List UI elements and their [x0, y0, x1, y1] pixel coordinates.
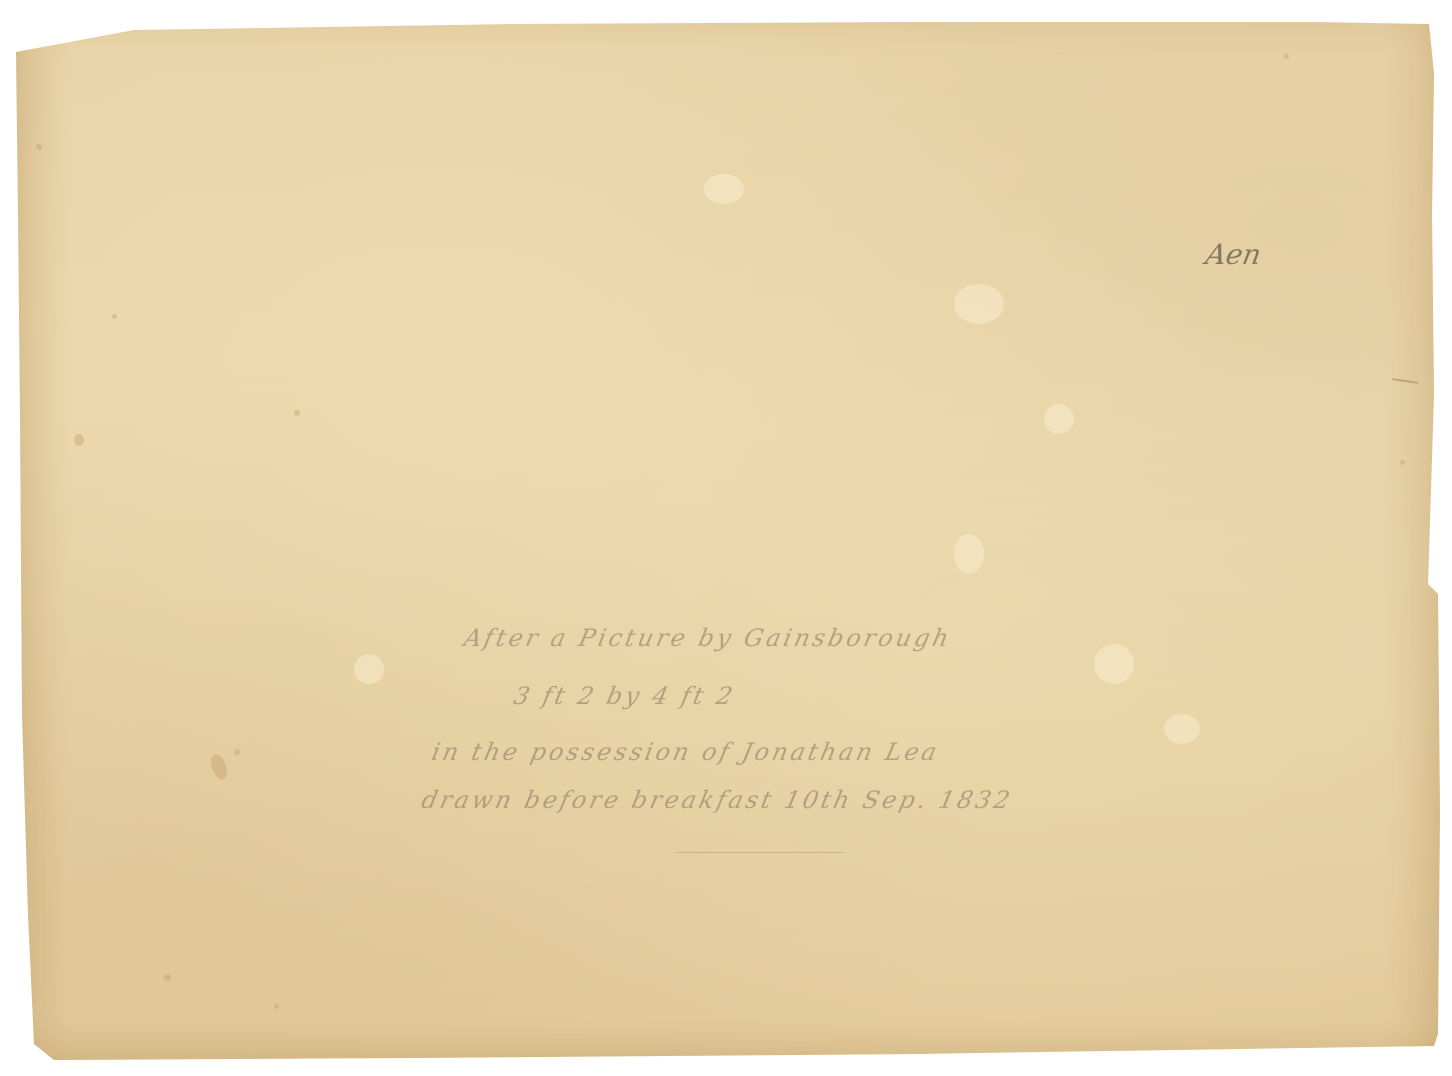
corner-annotation: Aen	[1203, 238, 1264, 271]
inscription-line-title: After a Picture by Gainsborough	[461, 624, 954, 652]
underline-rule	[676, 852, 844, 853]
inscription-line-provenance: in the possession of Jonathan Lea	[429, 738, 942, 766]
water-stain	[704, 174, 744, 204]
foxing-spot	[164, 974, 171, 981]
foxing-spot	[294, 410, 300, 416]
foxing-spot	[1400, 460, 1405, 465]
document-sheet: Aen After a Picture by Gainsborough 3 ft…	[0, 0, 1452, 1076]
water-stain	[1044, 404, 1074, 434]
water-stain	[954, 534, 984, 574]
foxing-spot	[1284, 54, 1289, 59]
foxing-spot	[74, 434, 84, 446]
water-stain	[1094, 644, 1134, 684]
water-stain	[1164, 714, 1200, 744]
foxing-spot	[274, 1004, 279, 1009]
foxing-spot	[208, 752, 230, 781]
inscription-line-date: drawn before breakfast 10th Sep. 1832	[419, 786, 1015, 814]
foxing-spot	[36, 144, 42, 150]
foxing-spot	[112, 314, 117, 319]
water-stain	[354, 654, 384, 684]
inscription-line-dimensions: 3 ft 2 by 4 ft 2	[511, 682, 738, 710]
aged-paper	[14, 14, 1440, 1064]
foxing-spot	[234, 749, 240, 755]
water-stain	[954, 284, 1004, 324]
paper-edge-shading	[14, 14, 1440, 1064]
